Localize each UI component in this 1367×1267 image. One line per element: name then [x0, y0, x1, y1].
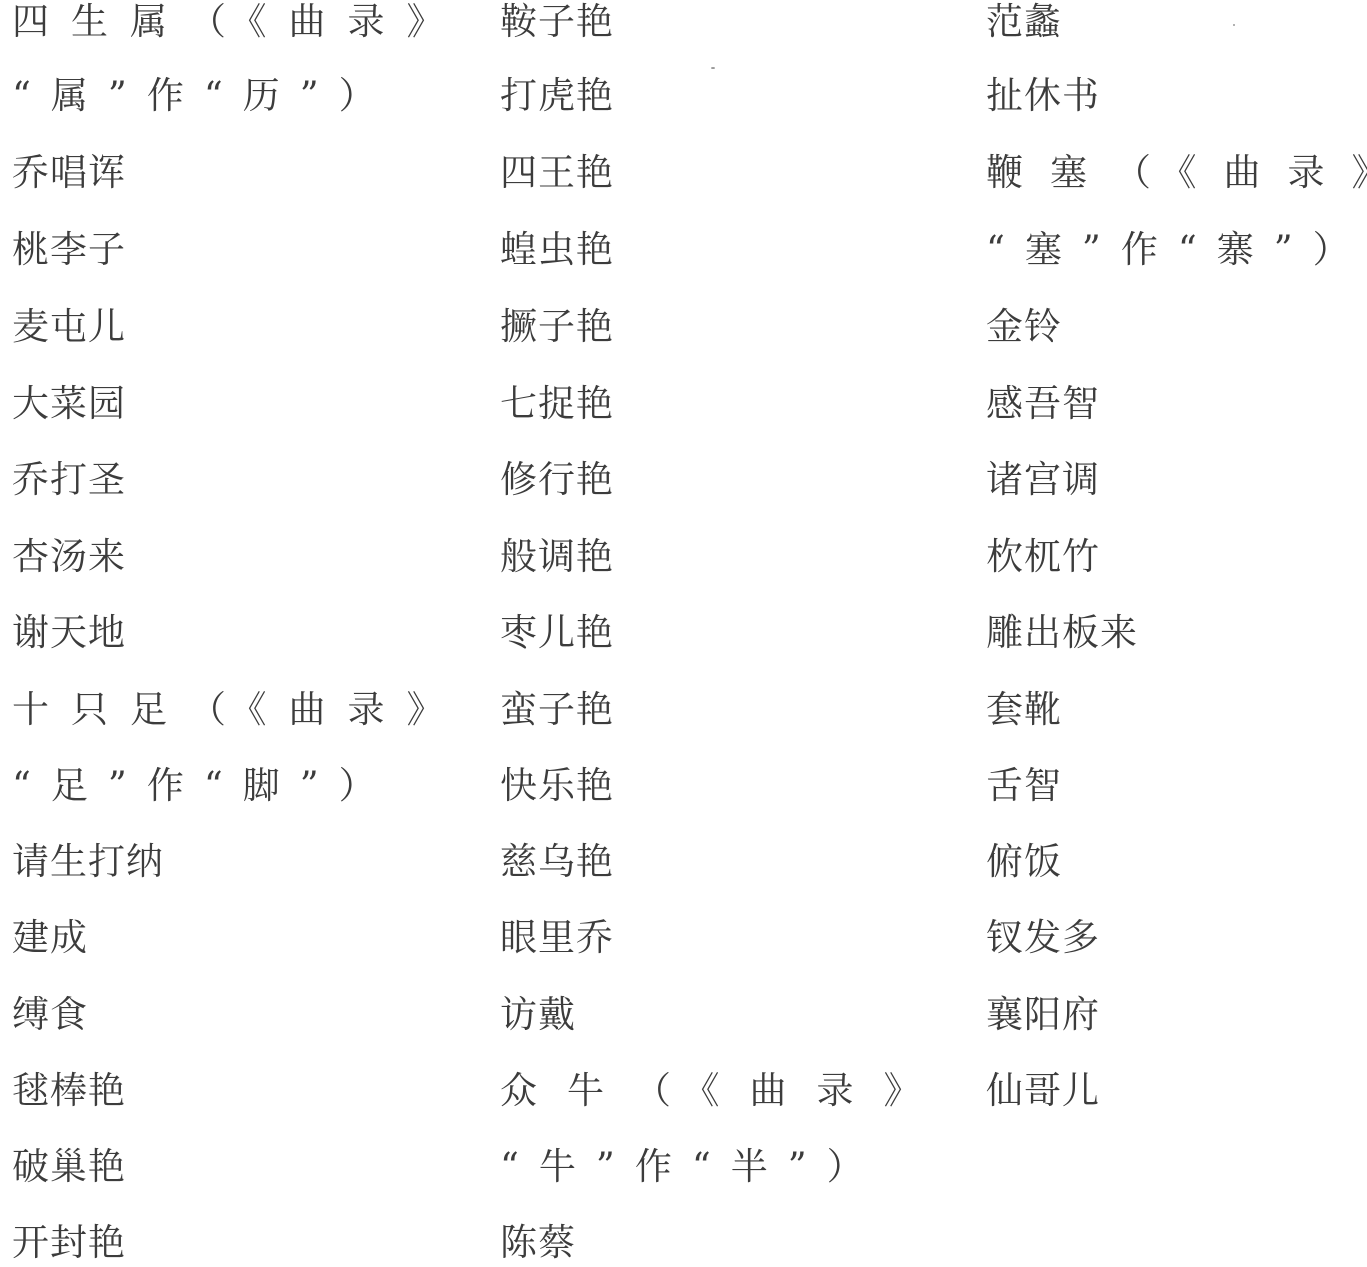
list-item: 陈蔡 — [500, 1221, 576, 1267]
list-item: 枣儿艳 — [500, 611, 614, 661]
list-item: 扯休书 — [986, 74, 1100, 124]
list-item: 杴杌竹 — [986, 535, 1100, 585]
scan-speck — [1233, 24, 1235, 26]
list-item: 麦屯儿 — [12, 305, 126, 355]
list-item: 乔唱诨 — [12, 151, 126, 201]
document-page: 四生属（《曲录》 “属”作“历”） 乔唱诨 桃李子 麦屯儿 大菜园 乔打圣 杏汤… — [0, 0, 1367, 1267]
list-item: 范蠡 — [986, 0, 1062, 50]
list-item: 诸宫调 — [986, 458, 1100, 508]
list-item: “塞”作“寨”） — [986, 228, 1367, 278]
list-item: 快乐艳 — [500, 764, 614, 814]
list-item: 钗发多 — [986, 916, 1100, 966]
list-item: 破巢艳 — [12, 1145, 126, 1195]
list-item: 谢天地 — [12, 611, 126, 661]
list-item: 大菜园 — [12, 382, 126, 432]
list-item: 修行艳 — [500, 458, 614, 508]
list-item: 建成 — [12, 916, 88, 966]
list-item: 四王艳 — [500, 151, 614, 201]
list-item: 乔打圣 — [12, 458, 126, 508]
list-item: 缚食 — [12, 993, 88, 1043]
list-item: 感吾智 — [986, 382, 1100, 432]
list-item: 毬棒艳 — [12, 1069, 126, 1119]
list-item: “牛”作“半”） — [500, 1145, 884, 1195]
list-item: 七捉艳 — [500, 382, 614, 432]
list-item: 众牛（《曲录》 — [500, 1069, 951, 1119]
list-item: 蝗虫艳 — [500, 228, 614, 278]
list-item: 四生属（《曲录》 — [12, 0, 466, 50]
list-item: 雕出板来 — [986, 611, 1138, 661]
list-item: 请生打纳 — [12, 840, 164, 890]
list-item: 访戴 — [500, 993, 576, 1043]
list-item: “属”作“历”） — [12, 74, 396, 124]
list-item: 般调艳 — [500, 535, 614, 585]
list-item: 仙哥儿 — [986, 1069, 1100, 1119]
list-item: 俯饭 — [986, 840, 1062, 890]
list-item: 金铃 — [986, 305, 1062, 355]
list-item: 慈乌艳 — [500, 840, 614, 890]
list-item: 杏汤来 — [12, 535, 126, 585]
list-item: 蛮子艳 — [500, 688, 614, 738]
scan-speck — [711, 67, 715, 69]
list-item: 襄阳府 — [986, 993, 1100, 1043]
list-item: “足”作“脚”） — [12, 764, 396, 814]
list-item: 撅子艳 — [500, 305, 614, 355]
list-item: 桃李子 — [12, 228, 126, 278]
list-item: 眼里乔 — [500, 916, 614, 966]
list-item: 套靴 — [986, 688, 1062, 738]
list-item: 十只足（《曲录》 — [12, 688, 466, 738]
list-item: 打虎艳 — [500, 74, 614, 124]
list-item: 开封艳 — [12, 1221, 126, 1267]
list-item: 鞭塞（《曲录》 — [986, 151, 1367, 201]
list-item: 鞍子艳 — [500, 0, 614, 50]
list-item: 舌智 — [986, 764, 1062, 814]
